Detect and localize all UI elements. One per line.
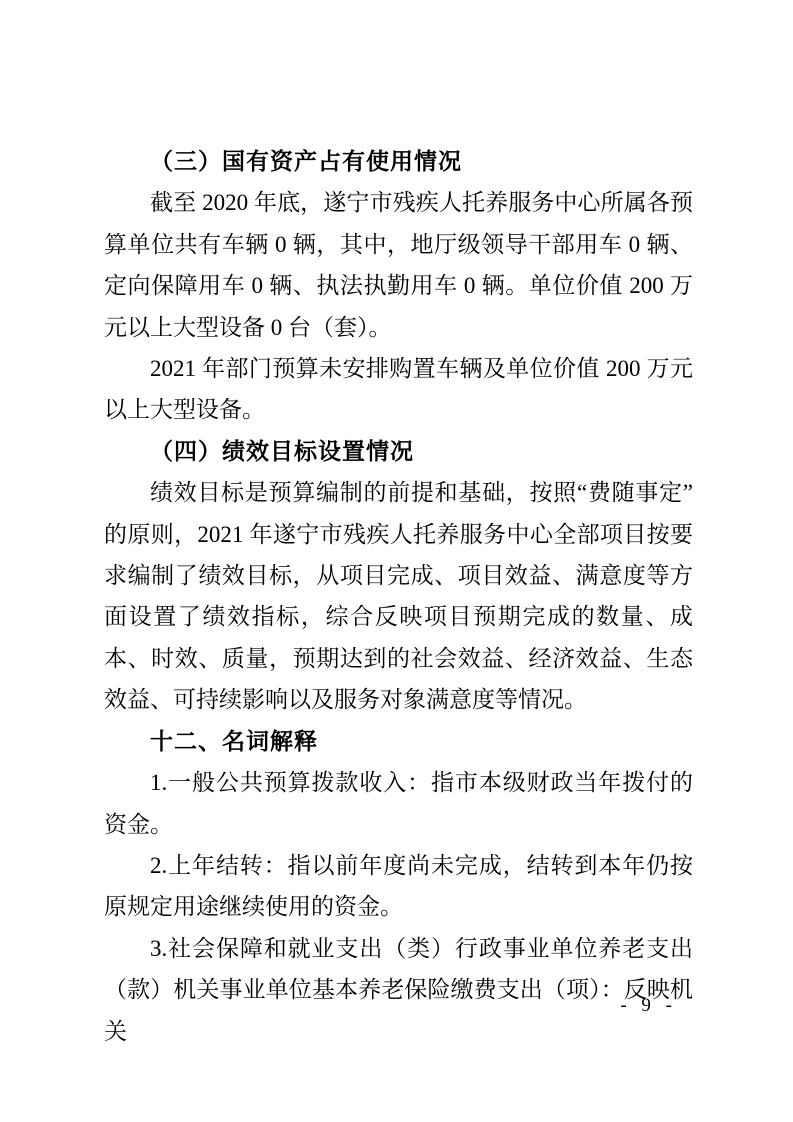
section-heading-state-assets: （三）国有资产占有使用情况	[104, 141, 693, 182]
section-heading-glossary: 十二、名词解释	[104, 721, 693, 762]
page-number: - 9 -	[620, 992, 677, 1020]
paragraph-performance-goals: 绩效目标是预算编制的前提和基础，按照“费随事定”的原则，2021 年遂宁市残疾人…	[104, 472, 693, 720]
section-heading-performance-goals: （四）绩效目标设置情况	[104, 431, 693, 472]
paragraph-state-assets-2021: 2021 年部门预算未安排购置车辆及单位价值 200 万元以上大型设备。	[104, 348, 693, 431]
document-body: （三）国有资产占有使用情况 截至 2020 年底，遂宁市残疾人托养服务中心所属各…	[104, 141, 693, 1052]
glossary-term-2: 2.上年结转：指以前年度尚未完成，结转到本年仍按原规定用途继续使用的资金。	[104, 845, 693, 928]
document-page: （三）国有资产占有使用情况 截至 2020 年底，遂宁市残疾人托养服务中心所属各…	[0, 0, 793, 1122]
glossary-term-1: 1.一般公共预算拨款收入：指市本级财政当年拨付的资金。	[104, 762, 693, 845]
paragraph-state-assets-2020: 截至 2020 年底，遂宁市残疾人托养服务中心所属各预算单位共有车辆 0 辆，其…	[104, 182, 693, 348]
glossary-term-3: 3.社会保障和就业支出（类）行政事业单位养老支出（款）机关事业单位基本养老保险缴…	[104, 928, 693, 1052]
